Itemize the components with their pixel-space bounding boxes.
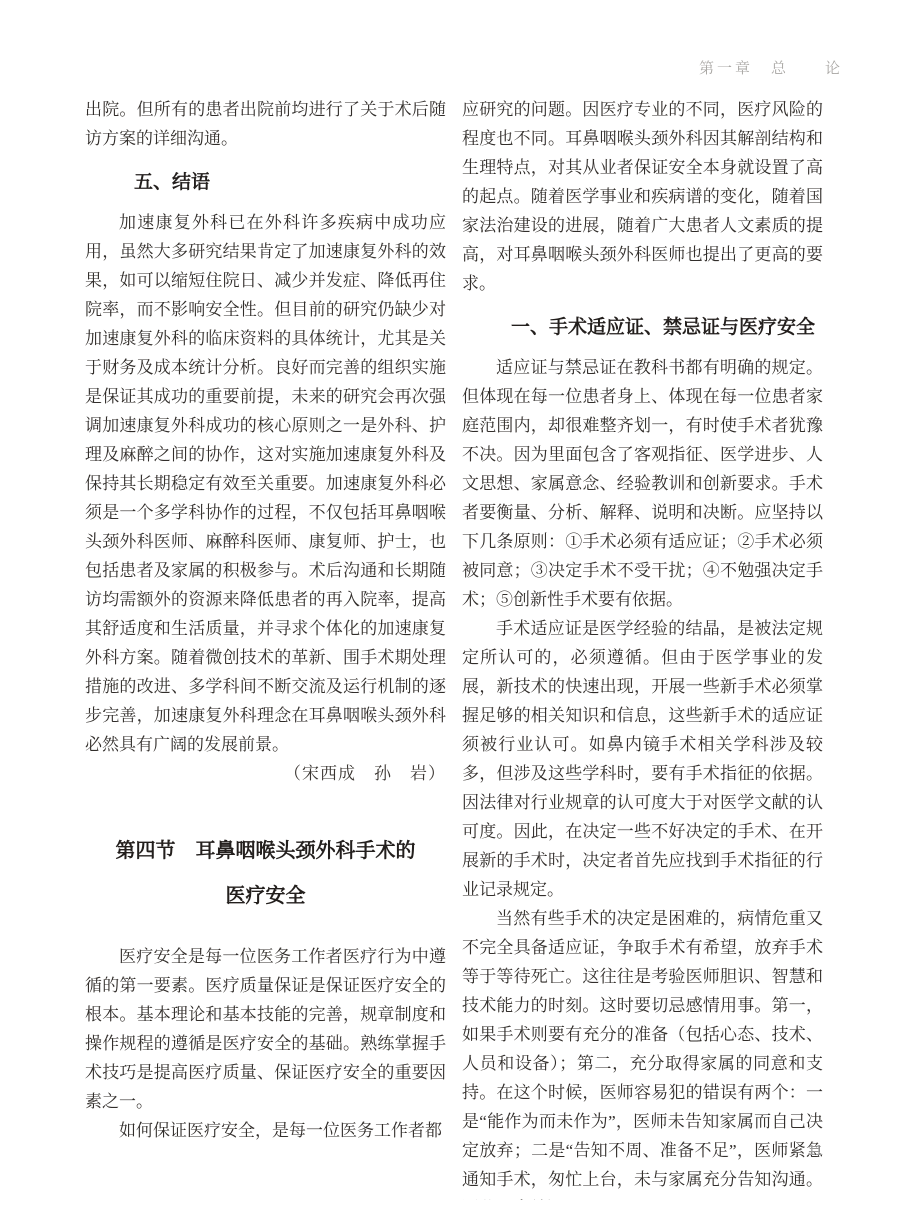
left-column: 出院。但所有的患者出院前均进行了关于术后随访方案的详细沟通。 五、结语 加速康复… [85,95,446,1200]
book-page: 第一章 总 论 出院。但所有的患者出院前均进行了关于术后随访方案的详细沟通。 五… [0,0,900,1222]
author-attribution: （宋西成 孙 岩） [85,759,446,789]
heading-conclusion: 五、结语 [85,168,446,197]
running-header: 第一章 总 论 [699,57,843,78]
section-heading-line2: 医疗安全 [85,874,446,919]
paragraph-medical-safety: 医疗安全是每一位医务工作者医疗行为中遵循的第一要素。医疗质量保证是保证医疗安全的… [85,942,446,1116]
paragraph-research-continuation: 应研究的问题。因医疗专业的不同，医疗风险的程度也不同。耳鼻咽喉头颈外科因其解剖结… [462,95,823,298]
paragraph-conclusion: 加速康复外科已在外科许多疾病中成功应用，虽然大多研究结果肯定了加速康复外科的效果… [85,208,446,759]
page-number: 11 [807,1142,823,1159]
section-heading-line1: 第四节 耳鼻咽喉头颈外科手术的 [85,829,446,874]
text-columns: 出院。但所有的患者出院前均进行了关于术后随访方案的详细沟通。 五、结语 加速康复… [85,95,824,1200]
paragraph-discharge-continuation: 出院。但所有的患者出院前均进行了关于术后随访方案的详细沟通。 [85,95,446,153]
paragraph-how-to-ensure-safety: 如何保证医疗安全，是每一位医务工作者都 [85,1116,446,1145]
section-heading: 第四节 耳鼻咽喉头颈外科手术的 医疗安全 [85,829,446,919]
heading-indications: 一、手术适应证、禁忌证与医疗安全 [462,313,823,342]
paragraph-indications-rules: 适应证与禁忌证在教科书都有明确的规定。但体现在每一位患者身上、体现在每一位患者家… [462,353,823,614]
right-column: 应研究的问题。因医疗专业的不同，医疗风险的程度也不同。耳鼻咽喉头颈外科因其解剖结… [462,95,823,1200]
paragraph-difficult-decisions: 当然有些手术的决定是困难的，病情危重又不完全具备适应证，争取手术有希望，放弃手术… [462,904,823,1200]
paragraph-indications-experience: 手术适应证是医学经验的结晶，是被法定规定所认可的，必须遵循。但由于医学事业的发展… [462,614,823,904]
